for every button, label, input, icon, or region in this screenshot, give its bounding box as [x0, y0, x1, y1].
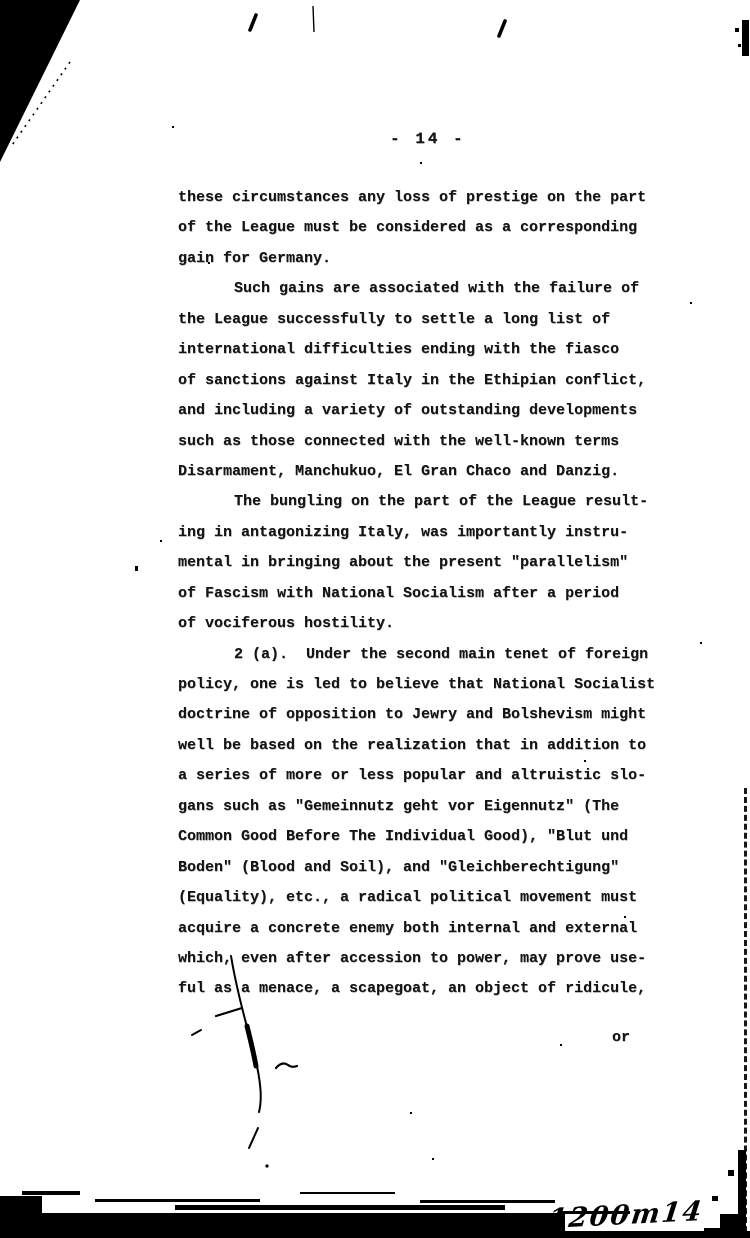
text-line: Disarmament, Manchukuo, El Gran Chaco an…	[178, 457, 678, 487]
text-line: the League successfully to settle a long…	[178, 305, 678, 335]
text-line: such as those connected with the well-kn…	[178, 427, 678, 457]
text-line: gans such as "Gemeinnutz geht vor Eigenn…	[178, 792, 678, 822]
text-line: policy, one is led to believe that Natio…	[178, 670, 678, 700]
text-line: of Fascism with National Socialism after…	[178, 579, 678, 609]
scan-noise-dot	[172, 126, 174, 128]
text-line: mental in bringing about the present "pa…	[178, 548, 678, 578]
scan-speckle	[738, 44, 741, 47]
scan-noise-dot	[560, 1044, 562, 1046]
text-line: which, even after accession to power, ma…	[178, 944, 678, 974]
scan-speckle	[728, 1170, 734, 1176]
catchword: or	[612, 1023, 630, 1053]
scan-noise-dot	[420, 162, 422, 164]
text-line: these circumstances any loss of prestige…	[178, 183, 678, 213]
scan-noise-dot	[410, 1112, 412, 1114]
text-line: acquire a concrete enemy both internal a…	[178, 914, 678, 944]
scan-streak	[300, 1192, 395, 1194]
scan-noise-dot	[584, 760, 586, 762]
text-line: doctrine of opposition to Jewry and Bols…	[178, 700, 678, 730]
text-line: Boden" (Blood and Soil), and "Gleichbere…	[178, 853, 678, 883]
scan-streak	[420, 1200, 555, 1203]
text-line: a series of more or less popular and alt…	[178, 761, 678, 791]
text-line: gain for Germany.	[178, 244, 678, 274]
scan-speckle	[742, 20, 749, 56]
text-line: international difficulties ending with t…	[178, 335, 678, 365]
text-line: Such gains are associated with the failu…	[178, 274, 678, 304]
scan-noise-dot	[160, 540, 162, 542]
document-text-block: these circumstances any loss of prestige…	[178, 183, 678, 1005]
text-line: ful as a menace, a scapegoat, an object …	[178, 974, 678, 1004]
text-line: The bungling on the part of the League r…	[178, 487, 678, 517]
text-line: (Equality), etc., a radical political mo…	[178, 883, 678, 913]
scan-streak	[0, 1196, 42, 1216]
scan-noise-dot	[624, 916, 626, 918]
handwritten-note: 1200m14	[546, 1196, 705, 1235]
text-line: of sanctions against Italy in the Ethipi…	[178, 366, 678, 396]
scan-noise-dot	[700, 642, 702, 644]
scan-streak	[175, 1205, 505, 1210]
scan-speckle	[735, 28, 739, 32]
text-line: Common Good Before The Individual Good),…	[178, 822, 678, 852]
text-line: ing in antagonizing Italy, was important…	[178, 518, 678, 548]
text-line: well be based on the realization that in…	[178, 731, 678, 761]
scan-streak	[95, 1199, 260, 1202]
scan-corner-fold	[0, 0, 80, 162]
scan-noise-dot	[208, 262, 210, 264]
page-number: - 14 -	[390, 130, 466, 148]
scan-noise-dot	[690, 302, 692, 304]
text-line: of vociferous hostility.	[178, 609, 678, 639]
text-line: 2 (a). Under the second main tenet of fo…	[178, 640, 678, 670]
text-line: of the League must be considered as a co…	[178, 213, 678, 243]
scanned-document-page: - 14 - these circumstances any loss of p…	[0, 0, 750, 1238]
text-line: and including a variety of outstanding d…	[178, 396, 678, 426]
scan-speckle	[712, 1196, 718, 1201]
scan-edge-band	[0, 1231, 750, 1238]
scan-streak	[22, 1191, 80, 1195]
scan-noise-dot	[432, 1158, 434, 1160]
scan-noise-dot	[135, 566, 138, 571]
